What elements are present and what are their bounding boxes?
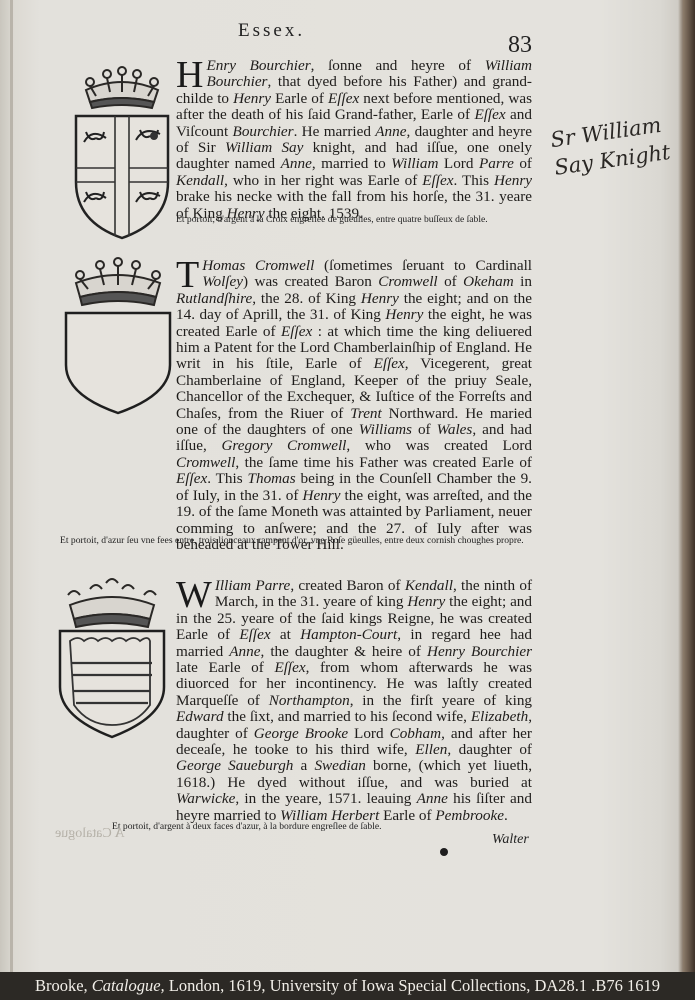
catchword: Walter xyxy=(492,832,529,848)
caption-source: London, 1619, University of Iowa Special… xyxy=(169,976,660,995)
caption-author: Brooke, xyxy=(35,976,88,995)
image-caption: Brooke, Catalogue, London, 1619, Univers… xyxy=(0,972,695,1000)
book-page: Essex. 83 HEnry Bourchier, ſonne and hey… xyxy=(0,0,695,972)
entry-text: Enry Bourchier, ſonne and heyre of Willi… xyxy=(176,57,532,222)
blazon-parre: Et portoit, d'argent à deux faces d'azur… xyxy=(112,822,532,832)
entry-text: Illiam Parre, created Baron of Kendall, … xyxy=(176,577,532,824)
page-gutter xyxy=(10,0,13,972)
ink-spot xyxy=(440,848,448,856)
bourchier-coat-of-arms-icon xyxy=(72,62,172,242)
blazon-bourchier: Et portoit, d'argent à la Croix engreſle… xyxy=(176,215,536,225)
blazon-cromwell: Et portoit, d'azur ſeu vne fees entre, t… xyxy=(60,536,538,546)
parre-coat-of-arms-icon xyxy=(56,575,168,740)
entry-william-parre: WIlliam Parre, created Baron of Kendall,… xyxy=(176,578,532,824)
caption-title: Catalogue, xyxy=(92,976,165,995)
entry-text: Homas Cromwell (ſometimes ſeruant to Car… xyxy=(176,257,532,553)
page-number: 83 xyxy=(508,32,532,59)
handwritten-annotation: Sr William Say Knight xyxy=(549,110,672,182)
bleed-through-text: A Catalogue xyxy=(55,826,125,842)
book-spine-edge xyxy=(683,0,695,972)
drop-cap: T xyxy=(176,258,199,290)
entry-thomas-cromwell: THomas Cromwell (ſometimes ſeruant to Ca… xyxy=(176,258,532,553)
running-head: Essex. xyxy=(238,20,305,42)
drop-cap: W xyxy=(176,578,212,610)
drop-cap: H xyxy=(176,58,203,90)
entry-henry-bourchier: HEnry Bourchier, ſonne and heyre of Will… xyxy=(176,58,532,222)
cromwell-coat-of-arms-icon xyxy=(62,255,174,415)
